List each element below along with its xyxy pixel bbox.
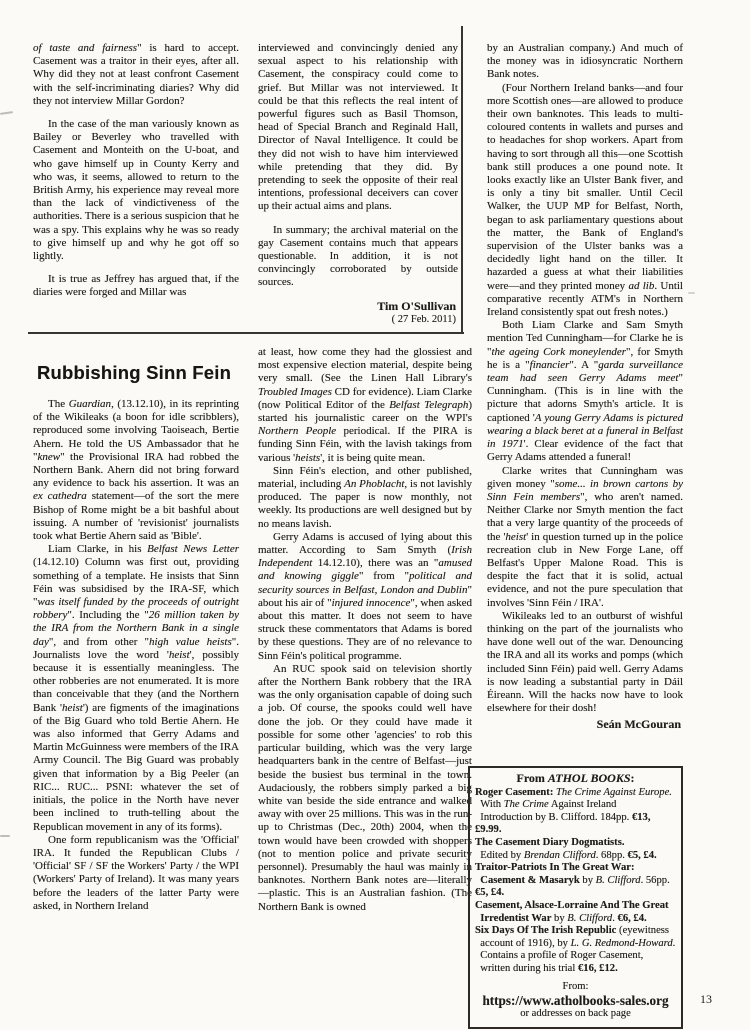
ad-book-item: The Casement Diary Dogmatists. Edited by…	[475, 837, 676, 862]
sinnfein-paragraph: An RUC spook said on television shortly …	[258, 663, 472, 914]
ad-from-label: From:	[475, 981, 676, 994]
scan-artifact	[0, 111, 13, 115]
casement-paragraph: In the case of the man variously known a…	[33, 118, 239, 263]
casement-paragraph: interviewed and convincingly denied any …	[258, 42, 458, 214]
casement-article-column-1: of taste and fairness" is hard to accept…	[33, 42, 239, 310]
sinnfein-article-column-1: Rubbishing Sinn Fein The Guardian, (13.1…	[33, 362, 239, 913]
page-number: 13	[700, 992, 712, 1007]
sinnfein-paragraph: The Guardian, (13.12.10), in its reprint…	[33, 398, 239, 543]
casement-paragraph: It is true as Jeffrey has argued that, i…	[33, 273, 239, 299]
ad-website-url: https://www.atholbooks-sales.org	[475, 993, 676, 1008]
vertical-column-rule	[461, 26, 463, 333]
sinnfein-paragraph: Liam Clarke, in his Belfast News Letter …	[33, 543, 239, 833]
scan-artifact	[688, 292, 695, 294]
sinnfein-paragraph: Sinn Féin's election, and other publishe…	[258, 465, 472, 531]
casement-article-column-2: interviewed and convincingly denied any …	[258, 42, 458, 326]
athol-books-ad-box: From ATHOL BOOKS: Roger Casement: The Cr…	[468, 766, 683, 1029]
ad-book-item: Roger Casement: The Crime Against Europe…	[475, 787, 676, 837]
ad-book-item: Casement, Alsace-Lorraine And The Great …	[475, 900, 676, 925]
ad-book-item: Six Days Of The Irish Republic (eyewitne…	[475, 925, 676, 975]
sinnfein-column-1-text: The Guardian, (13.12.10), in its reprint…	[33, 398, 239, 913]
ad-book-item: Traitor-Patriots In The Great War: Casem…	[475, 862, 676, 900]
sinnfein-paragraph: One form republicanism was the 'Official…	[33, 834, 239, 913]
sinnfein-paragraph: at least, how come they had the glossies…	[258, 346, 472, 465]
article-headline: Rubbishing Sinn Fein	[33, 362, 239, 384]
sinnfein-author-signature: Seán McGouran	[487, 718, 683, 731]
casement-paragraph: In summary; the archival material on the…	[258, 224, 458, 290]
ad-heading: From ATHOL BOOKS:	[475, 772, 676, 785]
sinnfein-column-3-text: by an Australian company.) And much of t…	[487, 42, 683, 715]
horizontal-section-rule	[28, 332, 464, 334]
sinnfein-article-column-2: at least, how come they had the glossies…	[258, 346, 472, 914]
casement-paragraph: of taste and fairness" is hard to accept…	[33, 42, 239, 108]
sinnfein-paragraph: Gerry Adams is accused of lying about th…	[258, 531, 472, 663]
sinnfein-article-column-3: by an Australian company.) And much of t…	[487, 42, 683, 732]
scan-artifact	[0, 835, 10, 837]
sinnfein-paragraph: Both Liam Clarke and Sam Smyth mention T…	[487, 319, 683, 464]
ad-back-page-note: or addresses on back page	[475, 1008, 676, 1021]
sinnfein-paragraph: Wikileaks led to an outburst of wishful …	[487, 610, 683, 716]
ad-book-list: Roger Casement: The Crime Against Europe…	[475, 787, 676, 976]
sinnfein-paragraph: (Four Northern Ireland banks—and four mo…	[487, 82, 683, 320]
casement-signature-date: ( 27 Feb. 2011)	[258, 313, 458, 326]
casement-author-signature: Tim O'Sullivan	[258, 300, 458, 313]
sinnfein-paragraph: Clarke writes that Cunningham was given …	[487, 465, 683, 610]
magazine-page: of taste and fairness" is hard to accept…	[0, 0, 750, 1030]
sinnfein-paragraph: by an Australian company.) And much of t…	[487, 42, 683, 82]
casement-article-text: interviewed and convincingly denied any …	[258, 42, 458, 290]
